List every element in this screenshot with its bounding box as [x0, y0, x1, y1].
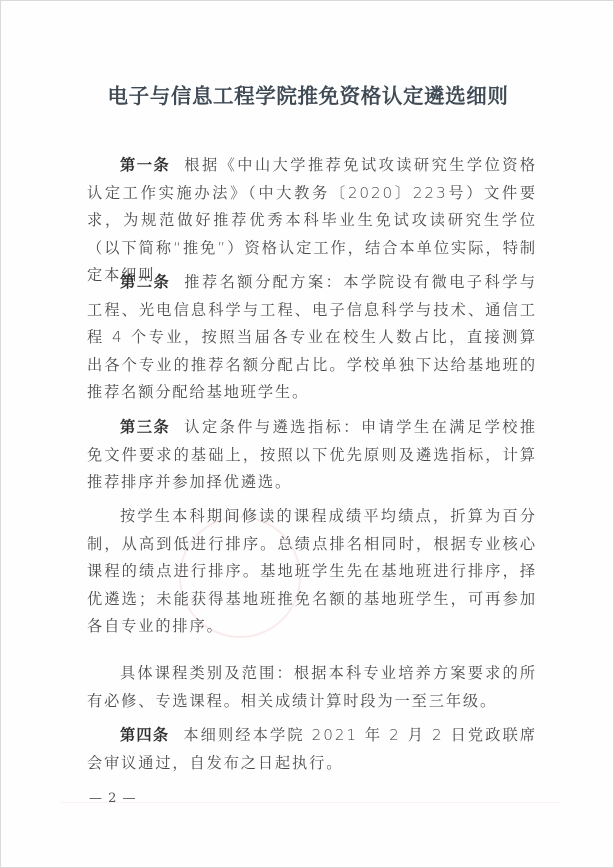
article-4-label: 第四条	[120, 726, 169, 744]
article-1-label: 第一条	[120, 156, 170, 174]
article-3-label: 第三条	[120, 418, 170, 436]
article-1-text: 根据《中山大学推荐免试攻读研究生学位资格认定工作实施办法》（中大教务〔2020〕…	[87, 156, 537, 284]
article-2-label: 第二条	[120, 273, 170, 291]
document-title: 电子与信息工程学院推免资格认定遴选细则	[1, 79, 614, 109]
ranking-rule-text: 按学生本科期间修读的课程成绩平均绩点，折算为百分制，从高到低进行排序。总绩点排名…	[87, 507, 537, 635]
ranking-rule-paragraph: 按学生本科期间修读的课程成绩平均绩点，折算为百分制，从高到低进行排序。总绩点排名…	[87, 503, 537, 641]
course-scope-paragraph: 具体课程类别及范围：根据本科专业培养方案要求的所有必修、专选课程。相关成绩计算时…	[87, 660, 537, 715]
article-3-paragraph: 第三条认定条件与遴选指标：申请学生在满足学校推免文件要求的基础上，按照以下优先原…	[87, 414, 537, 497]
article-2-paragraph: 第二条推荐名额分配方案：本学院设有微电子科学与工程、光电信息科学与工程、电子信息…	[87, 269, 537, 407]
article-4-paragraph: 第四条本细则经本学院 2021 年 2 月 2 日党政联席会审议通过，自发布之日…	[87, 722, 537, 777]
course-scope-text: 具体课程类别及范围：根据本科专业培养方案要求的所有必修、专选课程。相关成绩计算时…	[87, 664, 537, 710]
page-number: — 2 —	[89, 791, 137, 806]
article-2-text: 推荐名额分配方案：本学院设有微电子科学与工程、光电信息科学与工程、电子信息科学与…	[87, 273, 537, 401]
document-page: 电子与信息工程学院推免资格认定遴选细则 第一条根据《中山大学推荐免试攻读研究生学…	[0, 0, 614, 868]
